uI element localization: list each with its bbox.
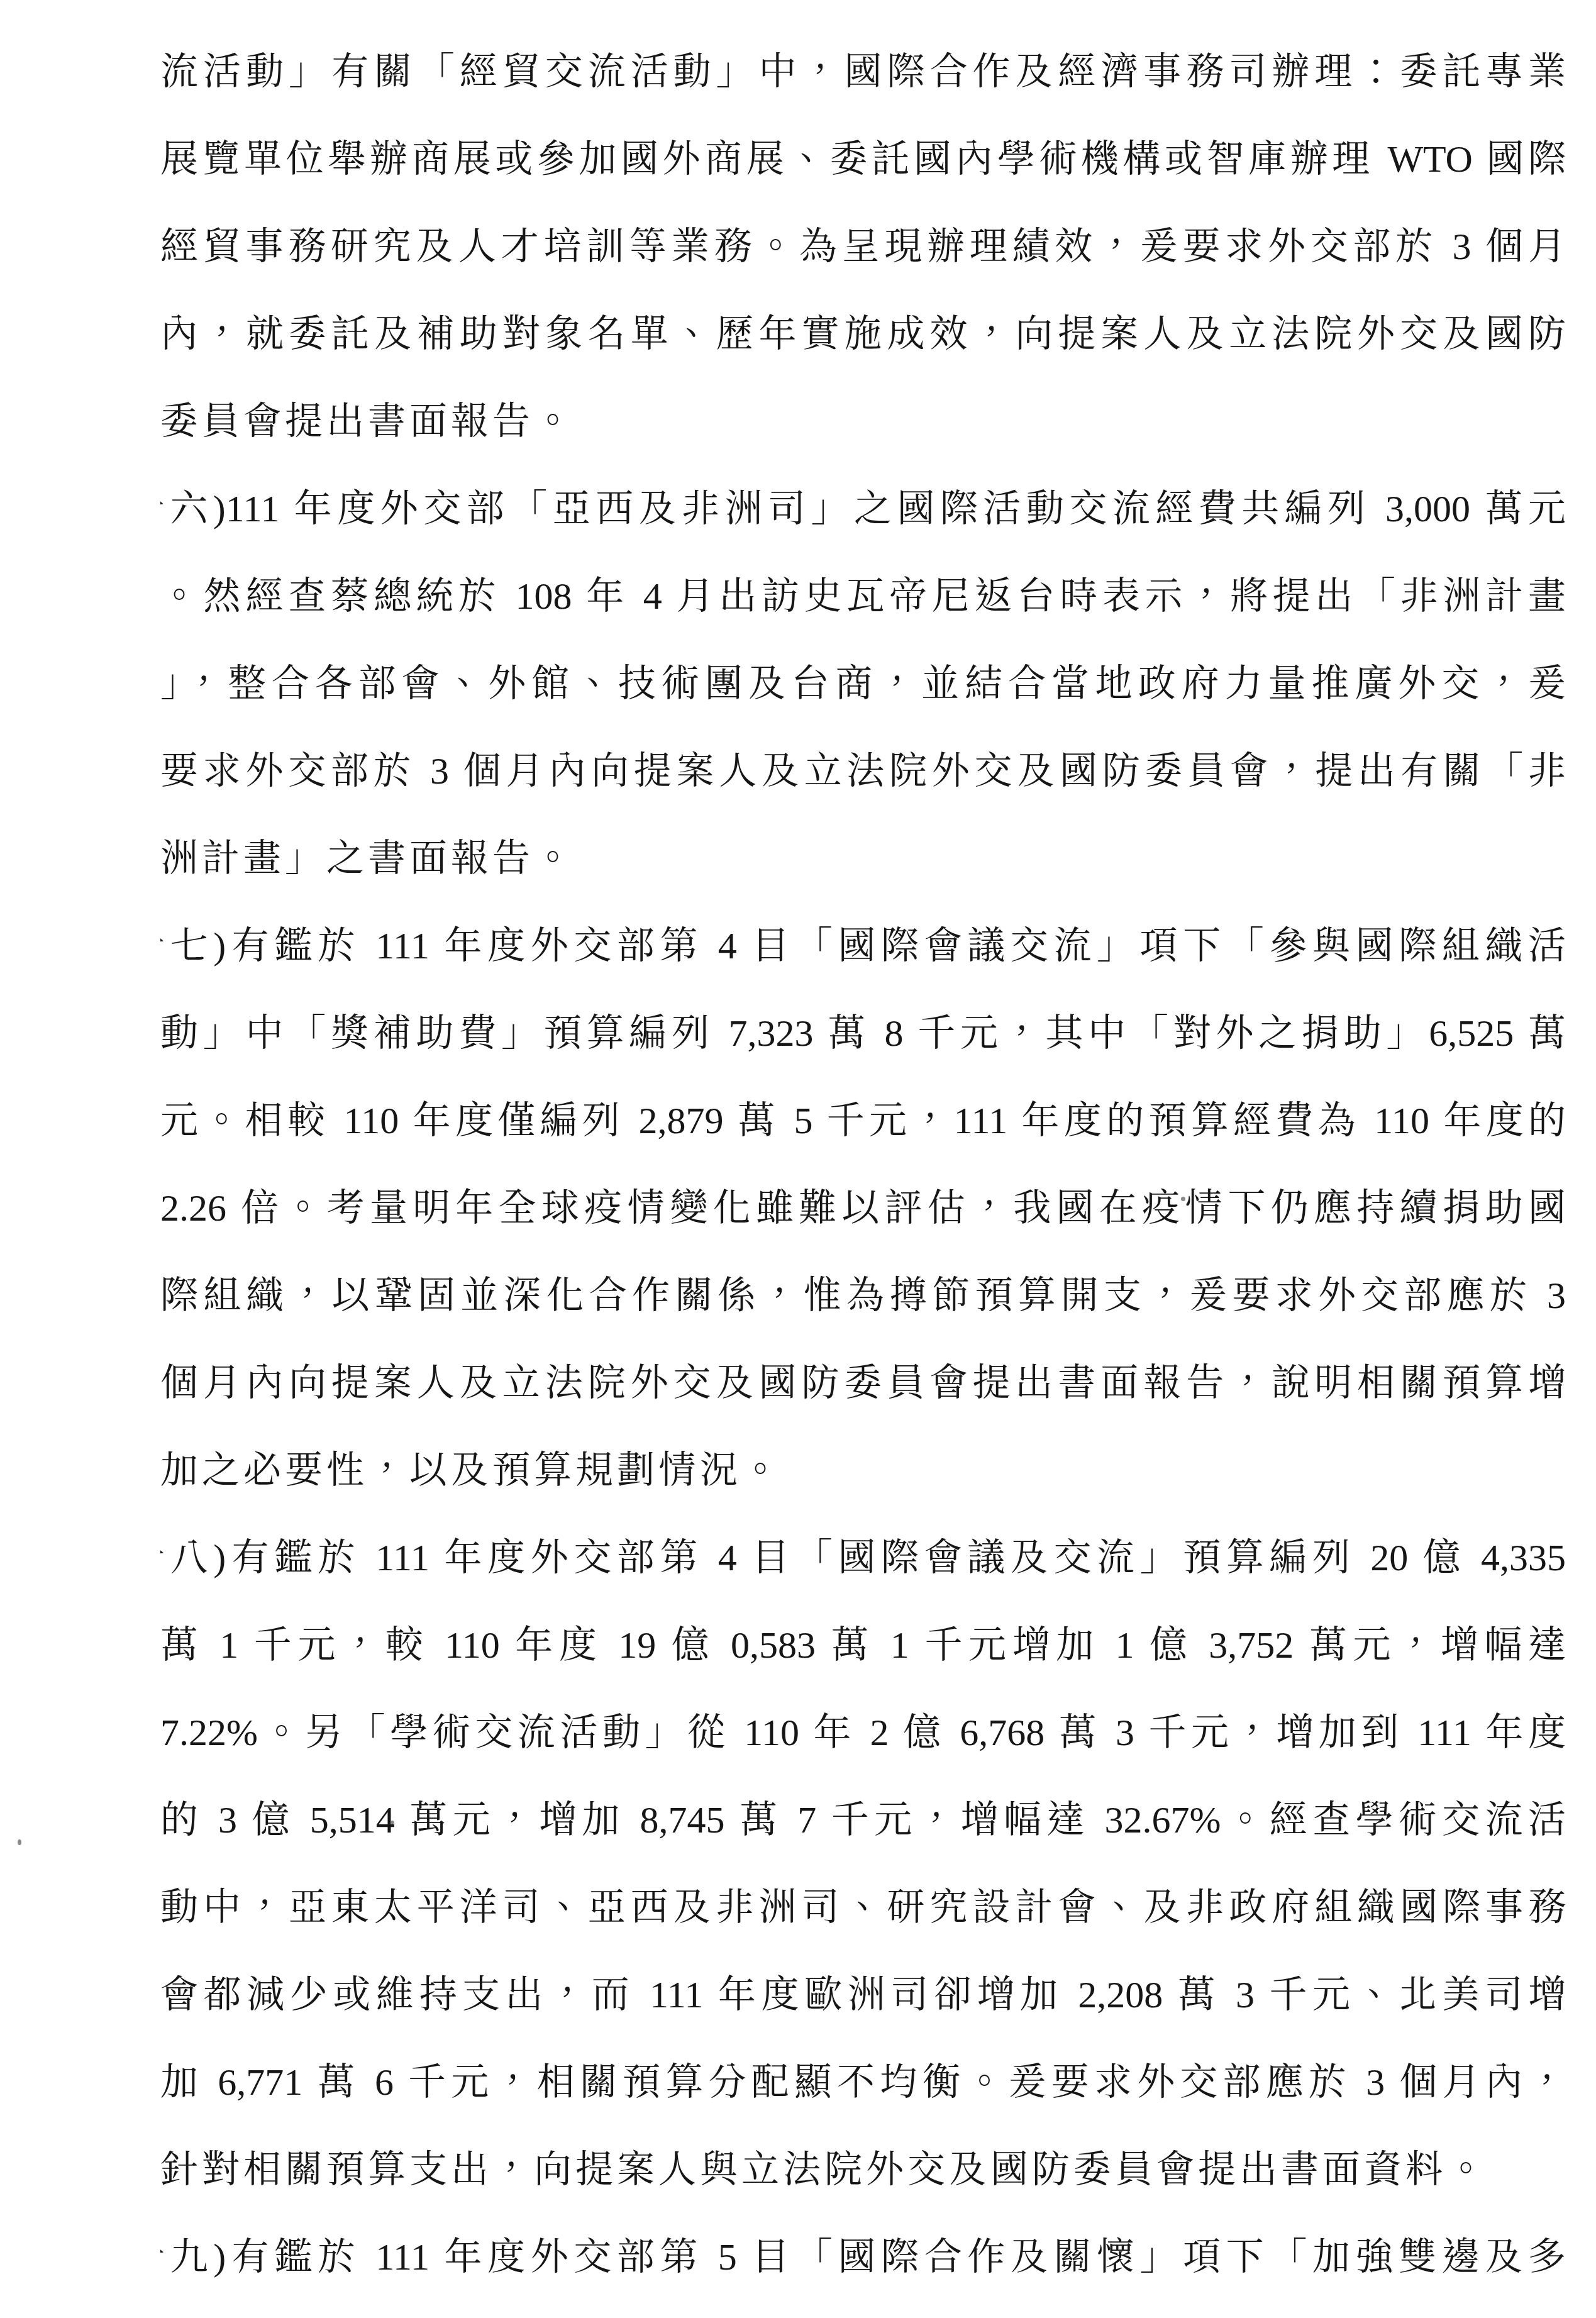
text-line: 會都減少或維持支出，而 111 年度歐洲司卻增加 2,208 萬 3 千元、北美… (160, 1951, 1566, 2039)
text-line: 個月內向提案人及立法院外交及國防委員會提出書面報告，說明相關預算增 (160, 1339, 1566, 1427)
text-line: 際組織，以鞏固並深化合作關係，惟為撙節預算開支，爰要求外交部應於 3 (160, 1252, 1566, 1339)
text-line-item-36: (三十六)111 年度外交部「亞西及非洲司」之國際活動交流經費共編列 3,000… (160, 465, 1566, 553)
scan-speckle (390, 1821, 394, 1824)
text-line: 展覽單位舉辦商展或參加國外商展、委託國內學術機構或智庫辦理 WTO 國際 (160, 116, 1566, 203)
text-line-item-37: (三十七)有鑑於 111 年度外交部第 4 目「國際會議交流」項下「參與國際組織… (160, 902, 1566, 990)
text-line-item-38: (三十八)有鑑於 111 年度外交部第 4 目「國際會議及交流」預算編列 20 … (160, 1514, 1566, 1602)
text-line: 7.22%。另「學術交流活動」從 110 年 2 億 6,768 萬 3 千元，… (160, 1689, 1566, 1777)
text-line: 要求外交部於 3 個月內向提案人及立法院外交及國防委員會，提出有關「非 (160, 728, 1566, 815)
text-line: 動中，亞東太平洋司、亞西及非洲司、研究設計會、及非政府組織國際事務 (160, 1864, 1566, 1951)
text-line: 內，就委託及補助對象名單、歷年實施成效，向提案人及立法院外交及國防 (160, 291, 1566, 378)
scan-speckle (18, 1839, 21, 1845)
text-line: 流活動」有關「經貿交流活動」中，國際合作及經濟事務司辦理：委託專業 (160, 28, 1566, 116)
text-line: 針對相關預算支出，向提案人與立法院外交及國防委員會提出書面資料。 (160, 2126, 1566, 2214)
text-line: 元。相較 110 年度僅編列 2,879 萬 5 千元，111 年度的預算經費為… (160, 1077, 1566, 1165)
text-line: 經貿事務研究及人才培訓等業務。為呈現辦理績效，爰要求外交部於 3 個月 (160, 203, 1566, 291)
text-line: 萬 1 千元，較 110 年度 19 億 0,583 萬 1 千元增加 1 億 … (160, 1602, 1566, 1689)
text-line-item-39: (三十九)有鑑於 111 年度外交部第 5 目「國際合作及關懷」項下「加強雙邊及… (160, 2214, 1566, 2301)
text-line: 加之必要性，以及預算規劃情況。 (160, 1427, 1566, 1514)
text-line: 2.26 倍。考量明年全球疫情變化雖難以評估，我國在疫情下仍應持續捐助國 (160, 1165, 1566, 1252)
text-line: 的 3 億 5,514 萬元，增加 8,745 萬 7 千元，增幅達 32.67… (160, 1777, 1566, 1864)
scan-speckle (1181, 1197, 1185, 1201)
text-line: 。然經查蔡總統於 108 年 4 月出訪史瓦帝尼返台時表示，將提出「非洲計畫 (160, 553, 1566, 640)
text-line: 加 6,771 萬 6 千元，相關預算分配顯不均衡。爰要求外交部應於 3 個月內… (160, 2039, 1566, 2126)
document-page: 流活動」有關「經貿交流活動」中，國際合作及經濟事務司辦理：委託專業 展覽單位舉辦… (0, 0, 1596, 2318)
text-line: 」，整合各部會、外館、技術團及台商，並結合當地政府力量推廣外交，爰 (160, 640, 1566, 728)
text-line: 洲計畫」之書面報告。 (160, 815, 1566, 902)
text-line: 委員會提出書面報告。 (160, 378, 1566, 465)
text-line: 動」中「獎補助費」預算編列 7,323 萬 8 千元，其中「對外之捐助」6,52… (160, 990, 1566, 1077)
